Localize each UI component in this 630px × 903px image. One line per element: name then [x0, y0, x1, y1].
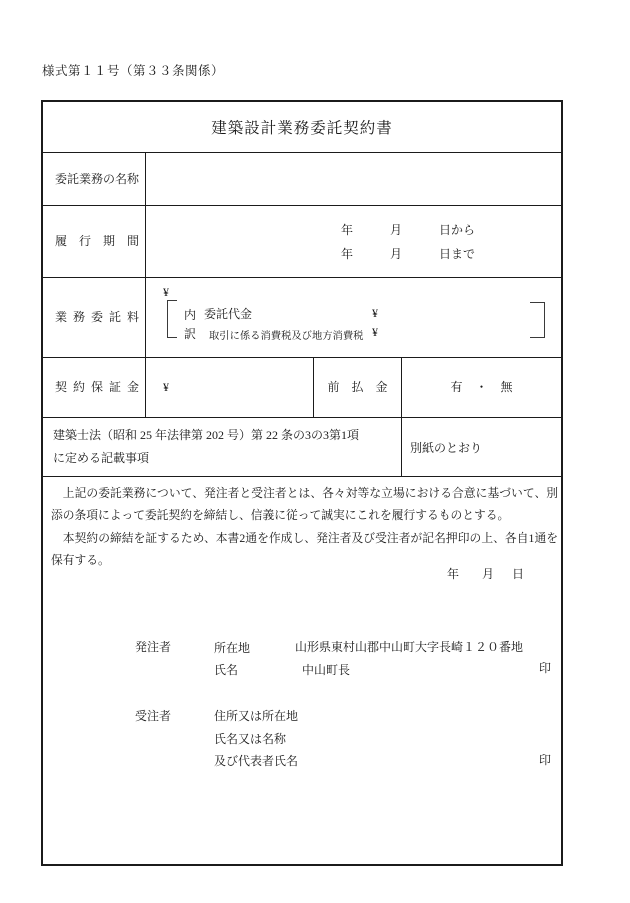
advance-label-cell: 前払金 — [313, 358, 401, 417]
period-label-cell: 履行期間 — [43, 206, 145, 277]
contract-form: 建築設計業務委託契約書 委託業務の名称 履行期間 年月日から 年月日まで 業務委… — [41, 100, 563, 866]
advance-label: 前払金 — [328, 379, 388, 396]
contractor-block: 受注者 住所又は所在地 氏名又は名称 及び代表者氏名 印 — [135, 705, 298, 773]
breakdown-item1-label: 委託代金 — [204, 306, 354, 323]
closing-paragraph-1: 上記の委託業務について、発注者と受注者とは、各々対等な立場における合意に基づいて… — [51, 483, 558, 528]
orderer-seal-mark: 印 — [539, 659, 551, 676]
row-law-items: 建築士法（昭和 25 年法律第 202 号）第 22 条の3の3第1項 に定める… — [43, 417, 561, 476]
closing-paragraphs: 上記の委託業務について、発注者と受注者とは、各々対等な立場における合意に基づいて… — [51, 483, 558, 572]
fee-currency-symbol: ¥ — [163, 285, 169, 300]
period-to-line: 年月日まで — [341, 242, 561, 266]
law-clause-label: 建築士法（昭和 25 年法律第 202 号）第 22 条の3の3第1項 に定める… — [53, 424, 359, 470]
contract-date-line: 年月日 — [447, 565, 524, 582]
breakdown-item2-currency: ¥ — [372, 325, 378, 340]
contractor-seal-mark: 印 — [539, 751, 551, 768]
fee-label-cell: 業務委託料 — [43, 278, 145, 357]
period-to-year: 年 — [341, 242, 390, 266]
contract-page: { "form_code": "様式第１１号（第３３条関係）", "docume… — [0, 0, 630, 903]
form-code: 様式第１１号（第３３条関係） — [42, 61, 224, 79]
contractor-address-row: 住所又は所在地 — [214, 705, 298, 728]
row-guarantee: 契約保証金 ¥ 前払金 有・無 — [43, 357, 561, 417]
document-title: 建築設計業務委託契約書 — [211, 116, 393, 138]
date-year: 年 — [447, 565, 482, 582]
task-name-label: 委託業務の名称 — [55, 171, 139, 188]
breakdown-item1-currency: ¥ — [372, 306, 378, 321]
contractor-representative-row: 及び代表者氏名 — [214, 750, 298, 773]
guarantee-amount-cell: ¥ — [145, 358, 313, 417]
closing-section: 上記の委託業務について、発注者と受注者とは、各々対等な立場における合意に基づいて… — [43, 476, 561, 862]
guarantee-currency-symbol: ¥ — [163, 380, 169, 395]
date-day: 日 — [512, 567, 524, 581]
advance-options-cell: 有・無 — [401, 358, 561, 417]
task-name-value-cell — [145, 153, 561, 205]
orderer-address-label: 所在地 — [214, 640, 266, 657]
period-value-cell: 年月日から 年月日まで — [145, 206, 561, 277]
breakdown-bracket-left — [167, 300, 177, 338]
period-to-day: 日まで — [439, 247, 475, 261]
breakdown-label-char-2: 訳 — [184, 325, 196, 342]
orderer-name-value: 中山町長 — [302, 663, 350, 677]
guarantee-label: 契約保証金 — [55, 379, 139, 396]
contractor-name-row: 氏名又は名称 — [214, 728, 298, 751]
contractor-role-label: 受注者 — [135, 705, 171, 728]
contractor-rows: 住所又は所在地 氏名又は名称 及び代表者氏名 — [214, 705, 298, 773]
breakdown-item2-label: 取引に係る消費税及び地方消費税 — [209, 327, 363, 342]
row-period: 履行期間 年月日から 年月日まで — [43, 205, 561, 277]
period-from-year: 年 — [341, 218, 390, 242]
orderer-block: 発注者 所在地山形県東村山郡中山町大字長崎１２０番地 氏名中山町長 印 — [135, 636, 523, 681]
fee-label: 業務委託料 — [55, 309, 139, 326]
period-to-month: 月 — [390, 242, 439, 266]
guarantee-label-cell: 契約保証金 — [43, 358, 145, 417]
advance-options: 有・無 — [451, 379, 513, 396]
breakdown-item1-label-wrap: 委託代金 — [204, 306, 354, 323]
period-label: 履行期間 — [55, 233, 139, 250]
period-from-month: 月 — [390, 218, 439, 242]
row-fee: 業務委託料 ¥ 内 訳 委託代金 ¥ 取引に係る消費税及び地方消費税 ¥ — [43, 277, 561, 357]
orderer-name-row: 氏名中山町長 — [214, 659, 523, 682]
law-clause-cell: 建築士法（昭和 25 年法律第 202 号）第 22 条の3の3第1項 に定める… — [43, 418, 401, 476]
task-name-label-cell: 委託業務の名称 — [43, 153, 145, 205]
period-from-line: 年月日から — [341, 218, 561, 242]
date-month: 月 — [482, 565, 512, 582]
law-value: 別紙のとおり — [410, 439, 482, 456]
breakdown-bracket-right — [530, 302, 545, 338]
orderer-address-value: 山形県東村山郡中山町大字長崎１２０番地 — [295, 640, 523, 654]
law-value-cell: 別紙のとおり — [401, 418, 561, 476]
fee-value-cell: ¥ 内 訳 委託代金 ¥ 取引に係る消費税及び地方消費税 ¥ — [145, 278, 561, 357]
period-dates: 年月日から 年月日まで — [341, 206, 561, 277]
title-row: 建築設計業務委託契約書 — [43, 102, 561, 152]
orderer-address-row: 所在地山形県東村山郡中山町大字長崎１２０番地 — [214, 636, 523, 659]
breakdown-label-char-1: 内 — [184, 306, 196, 323]
orderer-name-label: 氏名 — [214, 662, 266, 679]
period-from-day: 日から — [439, 223, 475, 237]
orderer-rows: 所在地山形県東村山郡中山町大字長崎１２０番地 氏名中山町長 — [214, 636, 523, 681]
row-task-name: 委託業務の名称 — [43, 152, 561, 205]
orderer-role-label: 発注者 — [135, 636, 171, 659]
